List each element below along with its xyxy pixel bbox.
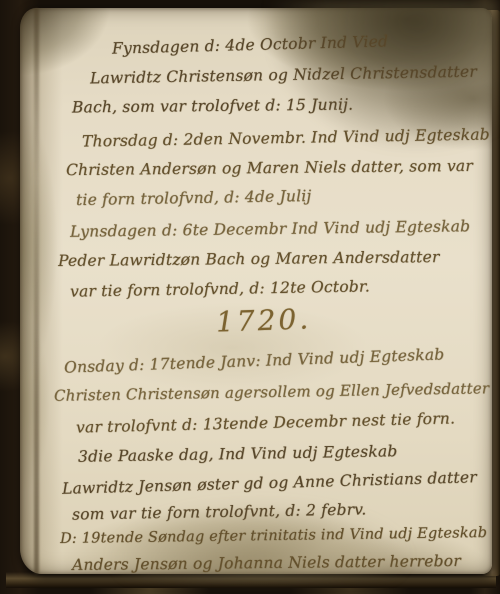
manuscript-line: Anders Jensøn og Johanna Niels datter he… xyxy=(72,552,461,574)
manuscript-line: var trolofvnt d: 13tende Decembr nest ti… xyxy=(76,409,456,436)
manuscript-line: D: 19tende Søndag efter trinitatis ind V… xyxy=(60,525,487,547)
manuscript-line: Thorsdag d: 2den Novembr. Ind Vind udj E… xyxy=(82,125,490,150)
manuscript-line: var tie forn trolofvnd, d: 12te Octobr. xyxy=(70,277,370,300)
manuscript-line: Peder Lawridtzøn Bach og Maren Andersdat… xyxy=(58,248,440,270)
manuscript-line: Fynsdagen d: 4de Octobr Ind Vied xyxy=(112,32,388,57)
manuscript-line: Lawridtz Jensøn øster gd og Anne Christi… xyxy=(62,468,477,498)
manuscript-line: Lawridtz Christensøn og Nidzel Christens… xyxy=(90,63,477,88)
binding-crease xyxy=(34,8,39,574)
manuscript-line: tie forn trolofvnd, d: 4de Julij xyxy=(76,187,312,209)
manuscript-line: Lynsdagen d: 6te Decembr Ind Vind udj Eg… xyxy=(70,217,470,241)
manuscript-line: Onsday d: 17tende Janv: Ind Vind udj Egt… xyxy=(64,345,445,376)
book-bottom-edge xyxy=(6,572,496,588)
manuscript-line: som var tie forn trolofvnt, d: 2 febrv. xyxy=(72,500,367,523)
manuscript-page: Fynsdagen d: 4de Octobr Ind Vied Lawridt… xyxy=(20,8,492,574)
year-heading: 1720. xyxy=(215,302,311,338)
book-photo: Fynsdagen d: 4de Octobr Ind Vied Lawridt… xyxy=(0,0,500,594)
manuscript-line: Christen Andersøn og Maren Niels datter,… xyxy=(66,157,473,179)
manuscript-line: 3die Paaske dag, Ind Vind udj Egteskab xyxy=(78,442,398,466)
manuscript-line: Christen Christensøn agersollem og Ellen… xyxy=(54,379,489,405)
manuscript-line: Bach, som var trolofvet d: 15 Junij. xyxy=(72,96,353,117)
